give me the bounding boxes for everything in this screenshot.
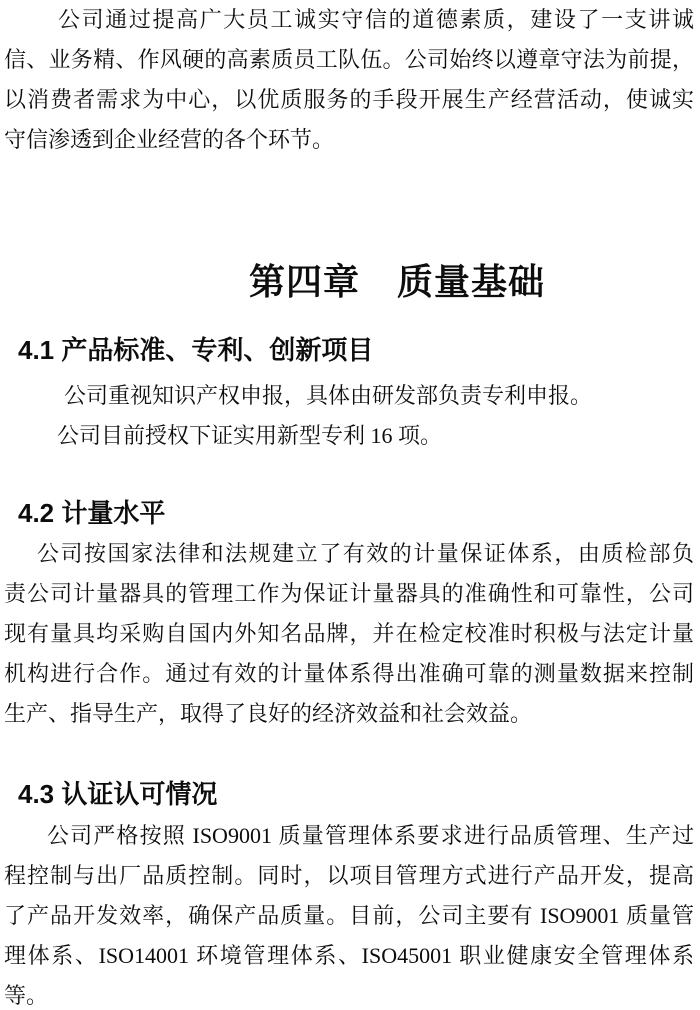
- text-line: 公司严格按照 ISO9001 质量管理体系要求进行品质管理、生产过: [4, 816, 694, 856]
- text-line: 公司通过提高广大员工诚实守信的道德素质，建设了一支讲诚: [4, 0, 694, 40]
- document-page: 公司通过提高广大员工诚实守信的道德素质，建设了一支讲诚信、业务精、作风硬的高素质…: [0, 0, 700, 1010]
- section-heading-4-2: 4.2 计量水平: [4, 496, 694, 530]
- section-heading-4-1: 4.1 产品标准、专利、创新项目: [4, 333, 694, 367]
- text-line: 等。: [4, 976, 694, 1010]
- section-heading-4-3: 4.3 认证认可情况: [4, 777, 694, 811]
- text-line: 程控制与出厂品质控制。同时，以项目管理方式进行产品开发，提高: [4, 856, 694, 896]
- paragraph-certification: 公司严格按照 ISO9001 质量管理体系要求进行品质管理、生产过程控制与出厂品…: [4, 816, 694, 1010]
- text-line: 责公司计量器具的管理工作为保证计量器具的准确性和可靠性，公司: [4, 574, 694, 614]
- text-line: 公司重视知识产权申报，具体由研发部负责专利申报。: [4, 376, 694, 416]
- paragraph-metrology: 公司按国家法律和法规建立了有效的计量保证体系，由质检部负责公司计量器具的管理工作…: [4, 534, 694, 734]
- text-line: 以消费者需求为中心，以优质服务的手段开展生产经营活动，使诚实: [4, 80, 694, 120]
- text-line: 公司目前授权下证实用新型专利 16 项。: [4, 416, 694, 456]
- paragraph-patent-reporting: 公司重视知识产权申报，具体由研发部负责专利申报。: [4, 376, 694, 416]
- text-line: 守信渗透到企业经营的各个环节。: [4, 120, 694, 160]
- section-body-4-1: 公司重视知识产权申报，具体由研发部负责专利申报。 公司目前授权下证实用新型专利 …: [4, 376, 694, 456]
- text-line: 公司按国家法律和法规建立了有效的计量保证体系，由质检部负: [4, 534, 694, 574]
- text-line: 理体系、ISO14001 环境管理体系、ISO45001 职业健康安全管理体系: [4, 936, 694, 976]
- paragraph-patent-count: 公司目前授权下证实用新型专利 16 项。: [4, 416, 694, 456]
- intro-paragraph: 公司通过提高广大员工诚实守信的道德素质，建设了一支讲诚信、业务精、作风硬的高素质…: [4, 0, 694, 160]
- text-line: 生产、指导生产，取得了良好的经济效益和社会效益。: [4, 694, 694, 734]
- text-line: 机构进行合作。通过有效的计量体系得出准确可靠的测量数据来控制: [4, 654, 694, 694]
- text-line: 了产品开发效率，确保产品质量。目前，公司主要有 ISO9001 质量管: [4, 896, 694, 936]
- text-line: 现有量具均采购自国内外知名品牌，并在检定校准时积极与法定计量: [4, 614, 694, 654]
- text-line: 信、业务精、作风硬的高素质员工队伍。公司始终以遵章守法为前提，: [4, 40, 694, 80]
- chapter-title: 第四章 质量基础: [4, 258, 694, 306]
